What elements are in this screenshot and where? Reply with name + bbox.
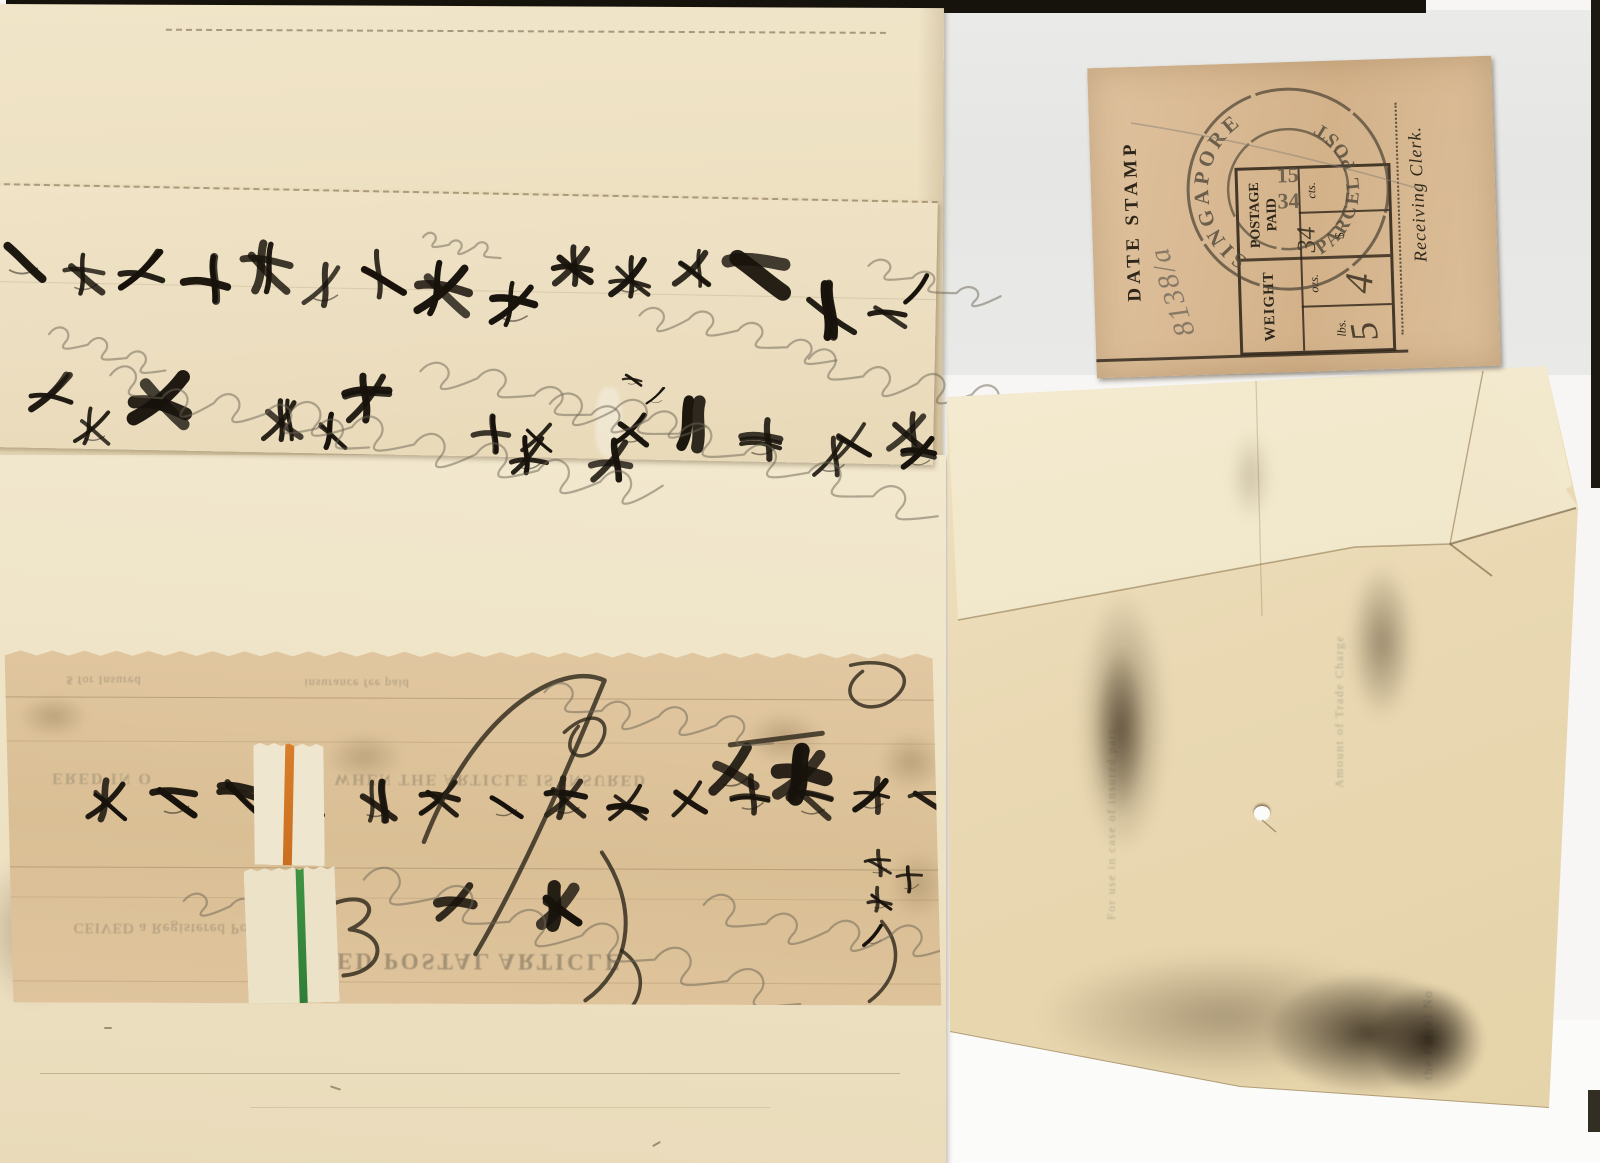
parcel-post-form: DATE STAMP 8138/a WEIGHT POSTAGE PAID lb… <box>1087 56 1501 379</box>
postmark-top-text: SINGAPORE <box>1186 108 1251 276</box>
svg-text:SINGAPORE: SINGAPORE <box>1186 108 1251 276</box>
chinese-calligraphy-artwork <box>3 650 942 1005</box>
svg-text:PARCEL POST: PARCEL POST <box>1308 116 1367 260</box>
postmark-date-bottom: 34 <box>1277 188 1300 214</box>
envelope: Amount of Trade Charge For use in case o… <box>944 318 1584 1118</box>
singapore-postmark: SINGAPORE PARCEL POST 15 34 <box>1087 58 1496 374</box>
scanner-edge-corner <box>1588 1090 1600 1132</box>
orange-stripe <box>283 743 295 865</box>
postmark-date-top: 15 <box>1276 162 1299 188</box>
label-fragment-green <box>244 866 340 1005</box>
label-fragment-orange <box>251 743 328 867</box>
calligraphy-strip <box>0 183 938 465</box>
chinese-calligraphy-artwork <box>0 185 938 465</box>
green-stripe <box>295 867 307 1003</box>
scanned-postal-documents: $ for Insured insurance fee paid ERED IN… <box>0 0 1600 1163</box>
receipt-strip: $ for Insured insurance fee paid ERED IN… <box>3 650 942 1005</box>
postmark-bottom-text: PARCEL POST <box>1308 116 1367 260</box>
envelope-creases <box>944 318 1584 1118</box>
scanner-edge-right <box>1591 0 1600 488</box>
